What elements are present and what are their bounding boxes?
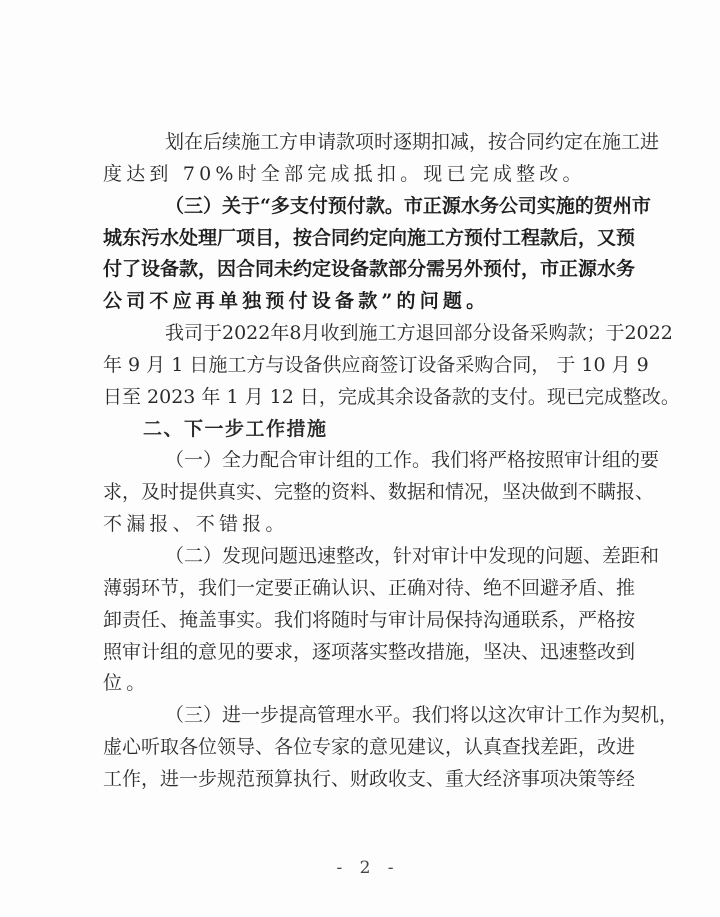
paragraph-line: （二）发现问题迅速整改，针对审计中发现的问题、差距和 [103,541,635,573]
paragraph-line: 日至 2023 年 1 月 12 日，完成其余设备款的支付。现已完成整改。 [103,382,635,414]
paragraph-line: 求，及时提供真实、完整的资料、数据和情况，坚决做到不瞒报、 [103,477,635,509]
issue-heading-line: 公司不应再单独预付设备款”的问题。 [103,286,635,318]
paragraph-line: 划在后续施工方申请款项时逐期扣减，按合同约定在施工进 [103,127,635,159]
issue-heading-line: 付了设备款，因合同未约定设备款部分需另外预付，市正源水务 [103,254,635,286]
paragraph-line: 照审计组的意见的要求，逐项落实整改措施，坚决、迅速整改到 [103,637,635,669]
paragraph-line: 我司于2022年8月收到施工方退回部分设备采购款；于2022 [103,318,635,350]
paragraph-line: 位。 [103,668,635,700]
paragraph-line: 度达到 70%时全部完成抵扣。现已完成整改。 [103,159,635,191]
issue-heading-line: 城东污水处理厂项目，按合同约定向施工方预付工程款后，又预 [103,223,635,255]
paragraph-line: 虚心听取各位领导、各位专家的意见建议，认真查找差距，改进 [103,732,635,764]
section-heading: 二、下一步工作措施 [103,414,635,446]
paragraph-line: 工作，进一步规范预算执行、财政收支、重大经济事项决策等经 [103,764,635,796]
paragraph-line: 薄弱环节，我们一定要正确认识、正确对待、绝不回避矛盾、推 [103,573,635,605]
document-page: 划在后续施工方申请款项时逐期扣减，按合同约定在施工进 度达到 70%时全部完成抵… [0,0,720,917]
page-number: - 2 - [0,858,720,878]
paragraph-line: 卸责任、掩盖事实。我们将随时与审计局保持沟通联系，严格按 [103,605,635,637]
paragraph-line: （三）进一步提高管理水平。我们将以这次审计工作为契机， [103,700,635,732]
paragraph-line: 年 9 月 1 日施工方与设备供应商签订设备采购合同， 于 10 月 9 [103,350,635,382]
issue-heading-line: （三）关于“多支付预付款。市正源水务公司实施的贺州市 [103,191,635,223]
paragraph-line: （一）全力配合审计组的工作。我们将严格按照审计组的要 [103,445,635,477]
paragraph-line: 不漏报、不错报。 [103,509,635,541]
document-body: 划在后续施工方申请款项时逐期扣减，按合同约定在施工进 度达到 70%时全部完成抵… [103,127,635,796]
